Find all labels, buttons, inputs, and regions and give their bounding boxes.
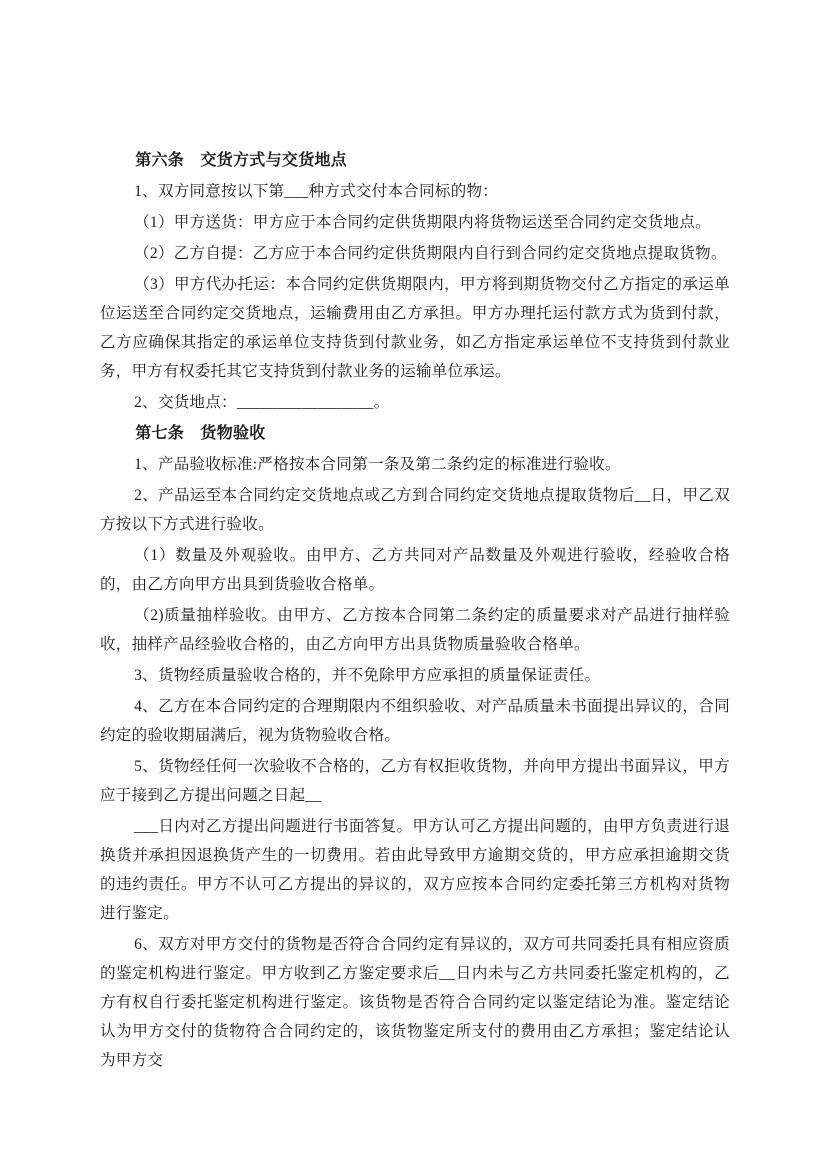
- paragraph-inspection-quantity-appearance: （1）数量及外观验收。由甲方、乙方共同对产品数量及外观进行验收，经验收合格的，由…: [100, 541, 730, 599]
- paragraph-delivery-location-blank: 2、交货地点：_________________。: [100, 388, 730, 417]
- paragraph-inspection-standard: 1、产品验收标准:严格按本合同第一条及第二条约定的标准进行验收。: [100, 450, 730, 479]
- paragraph-inspection-timing: 2、产品运至本合同约定交货地点或乙方到合同约定交货地点提取货物后__日，甲乙双方…: [100, 481, 730, 539]
- paragraph-deemed-acceptance: 4、乙方在本合同约定的合理期限内不组织验收、对产品质量未书面提出异议的，合同约定…: [100, 692, 730, 750]
- paragraph-delivery-method-intro: 1、双方同意按以下第___种方式交付本合同标的物：: [100, 177, 730, 206]
- section-heading-article-7: 第七条 货物验收: [100, 419, 730, 448]
- paragraph-delivery-option-3: （3）甲方代办托运：本合同约定供货期限内，甲方将到期货物交付乙方指定的承运单位运…: [100, 270, 730, 386]
- paragraph-inspection-quality-sampling: （2)质量抽样验收。由甲方、乙方按本合同第二条约定的质量要求对产品进行抽样验收，…: [100, 601, 730, 659]
- paragraph-delivery-option-2: （2）乙方自提：乙方应于本合同约定供货期限内自行到合同约定交货地点提取货物。: [100, 239, 730, 268]
- contract-text-block: 第六条 交货方式与交货地点 1、双方同意按以下第___种方式交付本合同标的物： …: [100, 146, 730, 1077]
- paragraph-quality-guarantee: 3、货物经质量验收合格的，并不免除甲方应承担的质量保证责任。: [100, 661, 730, 690]
- paragraph-rejection-rights: 5、货物经任何一次验收不合格的，乙方有权拒收货物，并向甲方提出书面异议，甲方应于…: [100, 752, 730, 810]
- section-heading-article-6: 第六条 交货方式与交货地点: [100, 146, 730, 175]
- paragraph-third-party-appraisal: 6、双方对甲方交付的货物是否符合合同约定有异议的，双方可共同委托具有相应资质的鉴…: [100, 930, 730, 1075]
- paragraph-written-reply-obligation: ___日内对乙方提出问题进行书面答复。甲方认可乙方提出问题的，由甲方负责进行退换…: [100, 812, 730, 928]
- paragraph-delivery-option-1: （1）甲方送货：甲方应于本合同约定供货期限内将货物运送至合同约定交货地点。: [100, 208, 730, 237]
- contract-document-page: 第六条 交货方式与交货地点 1、双方同意按以下第___种方式交付本合同标的物： …: [0, 0, 827, 1169]
